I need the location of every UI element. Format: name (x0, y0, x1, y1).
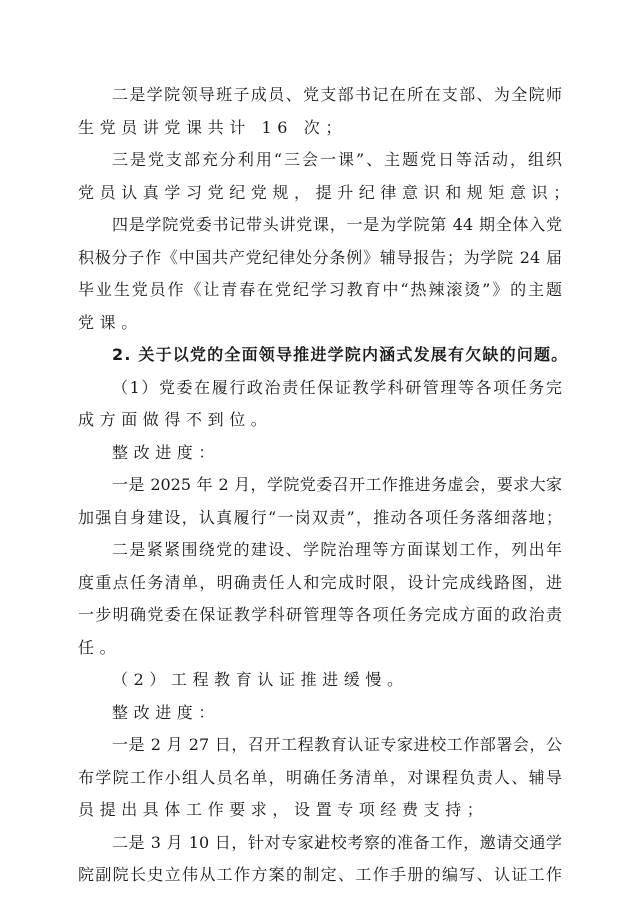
text-line: 四是学院党委书记带头讲党课，一是为学院第 44 期全体入党 (78, 209, 562, 242)
text-line: （1）党委在履行政治责任保证教学科研管理等各项任务完 (78, 372, 562, 405)
text-line: 一是 2025 年 2 月，学院党委召开工作推进务虚会，要求大家 (78, 469, 562, 502)
text-line: 党课。 (78, 307, 562, 340)
text-line: 三是党支部充分利用“三会一课”、主题党日等活动，组织 (78, 144, 562, 177)
text-line: 二是紧紧围绕党的建设、学院治理等方面谋划工作，列出年 (78, 534, 562, 567)
text-line: 整改进度： (78, 697, 562, 730)
text-line: 任。 (78, 632, 562, 665)
text-line: 党员认真学习党纪党规，提升纪律意识和规矩意识； (78, 177, 562, 210)
document-body: 二是学院领导班子成员、党支部书记在所在支部、为全院师生党员讲党课共计 16 次；… (78, 79, 562, 892)
text-line: 生党员讲党课共计 16 次； (78, 112, 562, 145)
text-line: 院副院长史立伟从工作方案的制定、工作手册的编写、认证工作 (78, 859, 562, 892)
text-line: （2）工程教育认证推进缓慢。 (78, 664, 562, 697)
text-line: 加强自身建设，认真履行“一岗双责”，推动各项任务落细落地； (78, 502, 562, 535)
text-line: 一是 2 月 27 日，召开工程教育认证专家进校工作部署会，公 (78, 729, 562, 762)
text-line: 成方面做得不到位。 (78, 404, 562, 437)
text-line: 度重点任务清单，明确责任人和完成时限，设计完成线路图，进 (78, 567, 562, 600)
text-line: 一步明确党委在保证教学科研管理等各项任务完成方面的政治责 (78, 599, 562, 632)
text-line: 整改进度： (78, 437, 562, 470)
text-line: 二是学院领导班子成员、党支部书记在所在支部、为全院师 (78, 79, 562, 112)
page-number: 4 (0, 840, 639, 851)
text-line: 毕业生党员作《让青春在党纪学习教育中“热辣滚烫”》的主题 (78, 274, 562, 307)
document-page: 二是学院领导班子成员、党支部书记在所在支部、为全院师生党员讲党课共计 16 次；… (0, 0, 639, 905)
section-heading: 2. 关于以党的全面领导推进学院内涵式发展有欠缺的问题。 (78, 339, 562, 372)
text-line: 员提出具体工作要求，设置专项经费支持； (78, 794, 562, 827)
text-line: 积极分子作《中国共产党纪律处分条例》辅导报告；为学院 24 届 (78, 242, 562, 275)
text-line: 布学院工作小组人员名单，明确任务清单，对课程负责人、辅导 (78, 762, 562, 795)
